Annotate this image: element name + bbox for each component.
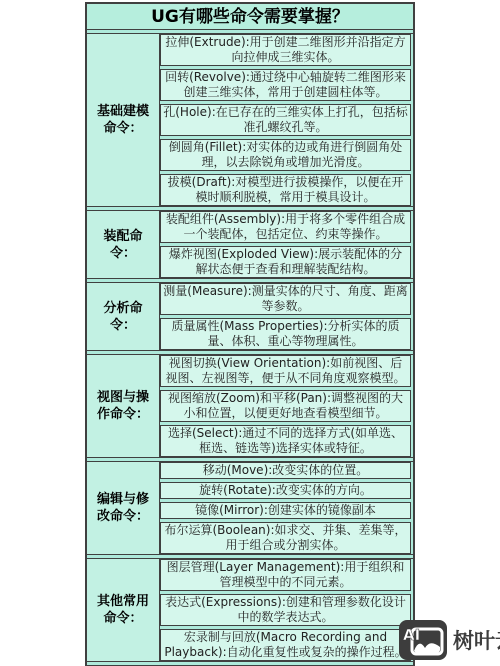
command-row: 图层管理(Layer Management):用于组织和管理模型中的不同元素。 [160,559,411,591]
command-group: 分析命令：测量(Measure):测量实体的尺寸、角度、距离等参数。质量属性(M… [87,282,413,351]
ug-command-table: UG有哪些命令需要掌握？ 基础建模命令：拉伸(Extrude):用于创建二维图形… [85,2,415,666]
command-group: 装配命令：装配组件(Assembly):用于将多个零件组合成一个装配体，包括定位… [87,210,413,279]
category-cell: 基础建模命令： [87,34,160,206]
command-rows: 拉伸(Extrude):用于创建二维图形并沿指定方向拉伸成三维实体。回转(Rev… [160,34,413,206]
command-rows: 图层管理(Layer Management):用于组织和管理模型中的不同元素。表… [160,559,413,661]
command-row: 孔(Hole):在已存在的三维实体上打孔，包括标准孔螺纹孔等。 [160,104,411,136]
command-group: 编辑与修改命令：移动(Move):改变实体的位置。旋转(Rotate):改变实体… [87,461,413,555]
ai-image-logo-icon: AI [399,620,447,660]
category-cell: 编辑与修改命令： [87,462,160,554]
command-row: 布尔运算(Boolean):如求交、并集、差集等，用于组合或分割实体。 [160,522,411,554]
command-rows: 视图切换(View Orientation):如前视图、后视图、左视图等，便于从… [160,355,413,457]
category-cell: 分析命令： [87,283,160,350]
command-row: 移动(Move):改变实体的位置。 [160,462,411,479]
command-row: 宏录制与回放(Macro Recording and Playback):自动化… [160,629,411,661]
command-rows: 装配组件(Assembly):用于将多个零件组合成一个装配体，包括定位、约束等操… [160,211,413,278]
command-row: 测量(Measure):测量实体的尺寸、角度、距离等参数。 [160,283,411,315]
command-rows: 测量(Measure):测量实体的尺寸、角度、距离等参数。质量属性(Mass P… [160,283,413,350]
command-row: 表达式(Expressions):创建和管理参数化设计中的数学表达式。 [160,594,411,626]
command-row: 选择(Select):通过不同的选择方式(如单选、框选、链选等)选择实体或特征。 [160,425,411,457]
watermark: AI 树叶云 [399,620,500,660]
category-cell: 其他常用命令： [87,559,160,661]
command-row: 视图缩放(Zoom)和平移(Pan):调整视图的大小和位置，以便更好地查看模型细… [160,390,411,422]
command-row: 拉伸(Extrude):用于创建二维图形并沿指定方向拉伸成三维实体。 [160,34,411,66]
command-group: 其他常用命令：图层管理(Layer Management):用于组织和管理模型中… [87,558,413,662]
command-row: 回转(Revolve):通过绕中心轴旋转二维图形来创建三维实体，常用于创建圆柱体… [160,69,411,101]
command-group: 基础建模命令：拉伸(Extrude):用于创建二维图形并沿指定方向拉伸成三维实体… [87,33,413,207]
category-cell: 视图与操作命令： [87,355,160,457]
category-cell: 装配命令： [87,211,160,278]
command-row: 质量属性(Mass Properties):分析实体的质量、体积、重心等物理属性… [160,318,411,350]
command-row: 装配组件(Assembly):用于将多个零件组合成一个装配体，包括定位、约束等操… [160,211,411,243]
command-row: 旋转(Rotate):改变实体的方向。 [160,482,411,499]
command-groups: 基础建模命令：拉伸(Extrude):用于创建二维图形并沿指定方向拉伸成三维实体… [87,33,413,662]
command-group: 视图与操作命令：视图切换(View Orientation):如前视图、后视图、… [87,354,413,458]
command-row: 拔模(Draft):对模型进行拔模操作，以便在开模时顺利脱模，常用于模具设计。 [160,174,411,206]
command-row: 爆炸视图(Exploded View):展示装配体的分解状态便于查看和理解装配结… [160,246,411,278]
command-row: 镜像(Mirror):创建实体的镜像副本 [160,502,411,519]
watermark-brand: 树叶云 [453,625,500,655]
command-row: 视图切换(View Orientation):如前视图、后视图、左视图等，便于从… [160,355,411,387]
svg-text:AI: AI [403,626,420,644]
command-rows: 移动(Move):改变实体的位置。旋转(Rotate):改变实体的方向。镜像(M… [160,462,413,554]
command-row: 倒圆角(Fillet):对实体的边或角进行倒圆角处理，以去除锐角或增加光滑度。 [160,139,411,171]
page-title: UG有哪些命令需要掌握？ [87,4,413,30]
page: UG有哪些命令需要掌握？ 基础建模命令：拉伸(Extrude):用于创建二维图形… [0,0,500,666]
